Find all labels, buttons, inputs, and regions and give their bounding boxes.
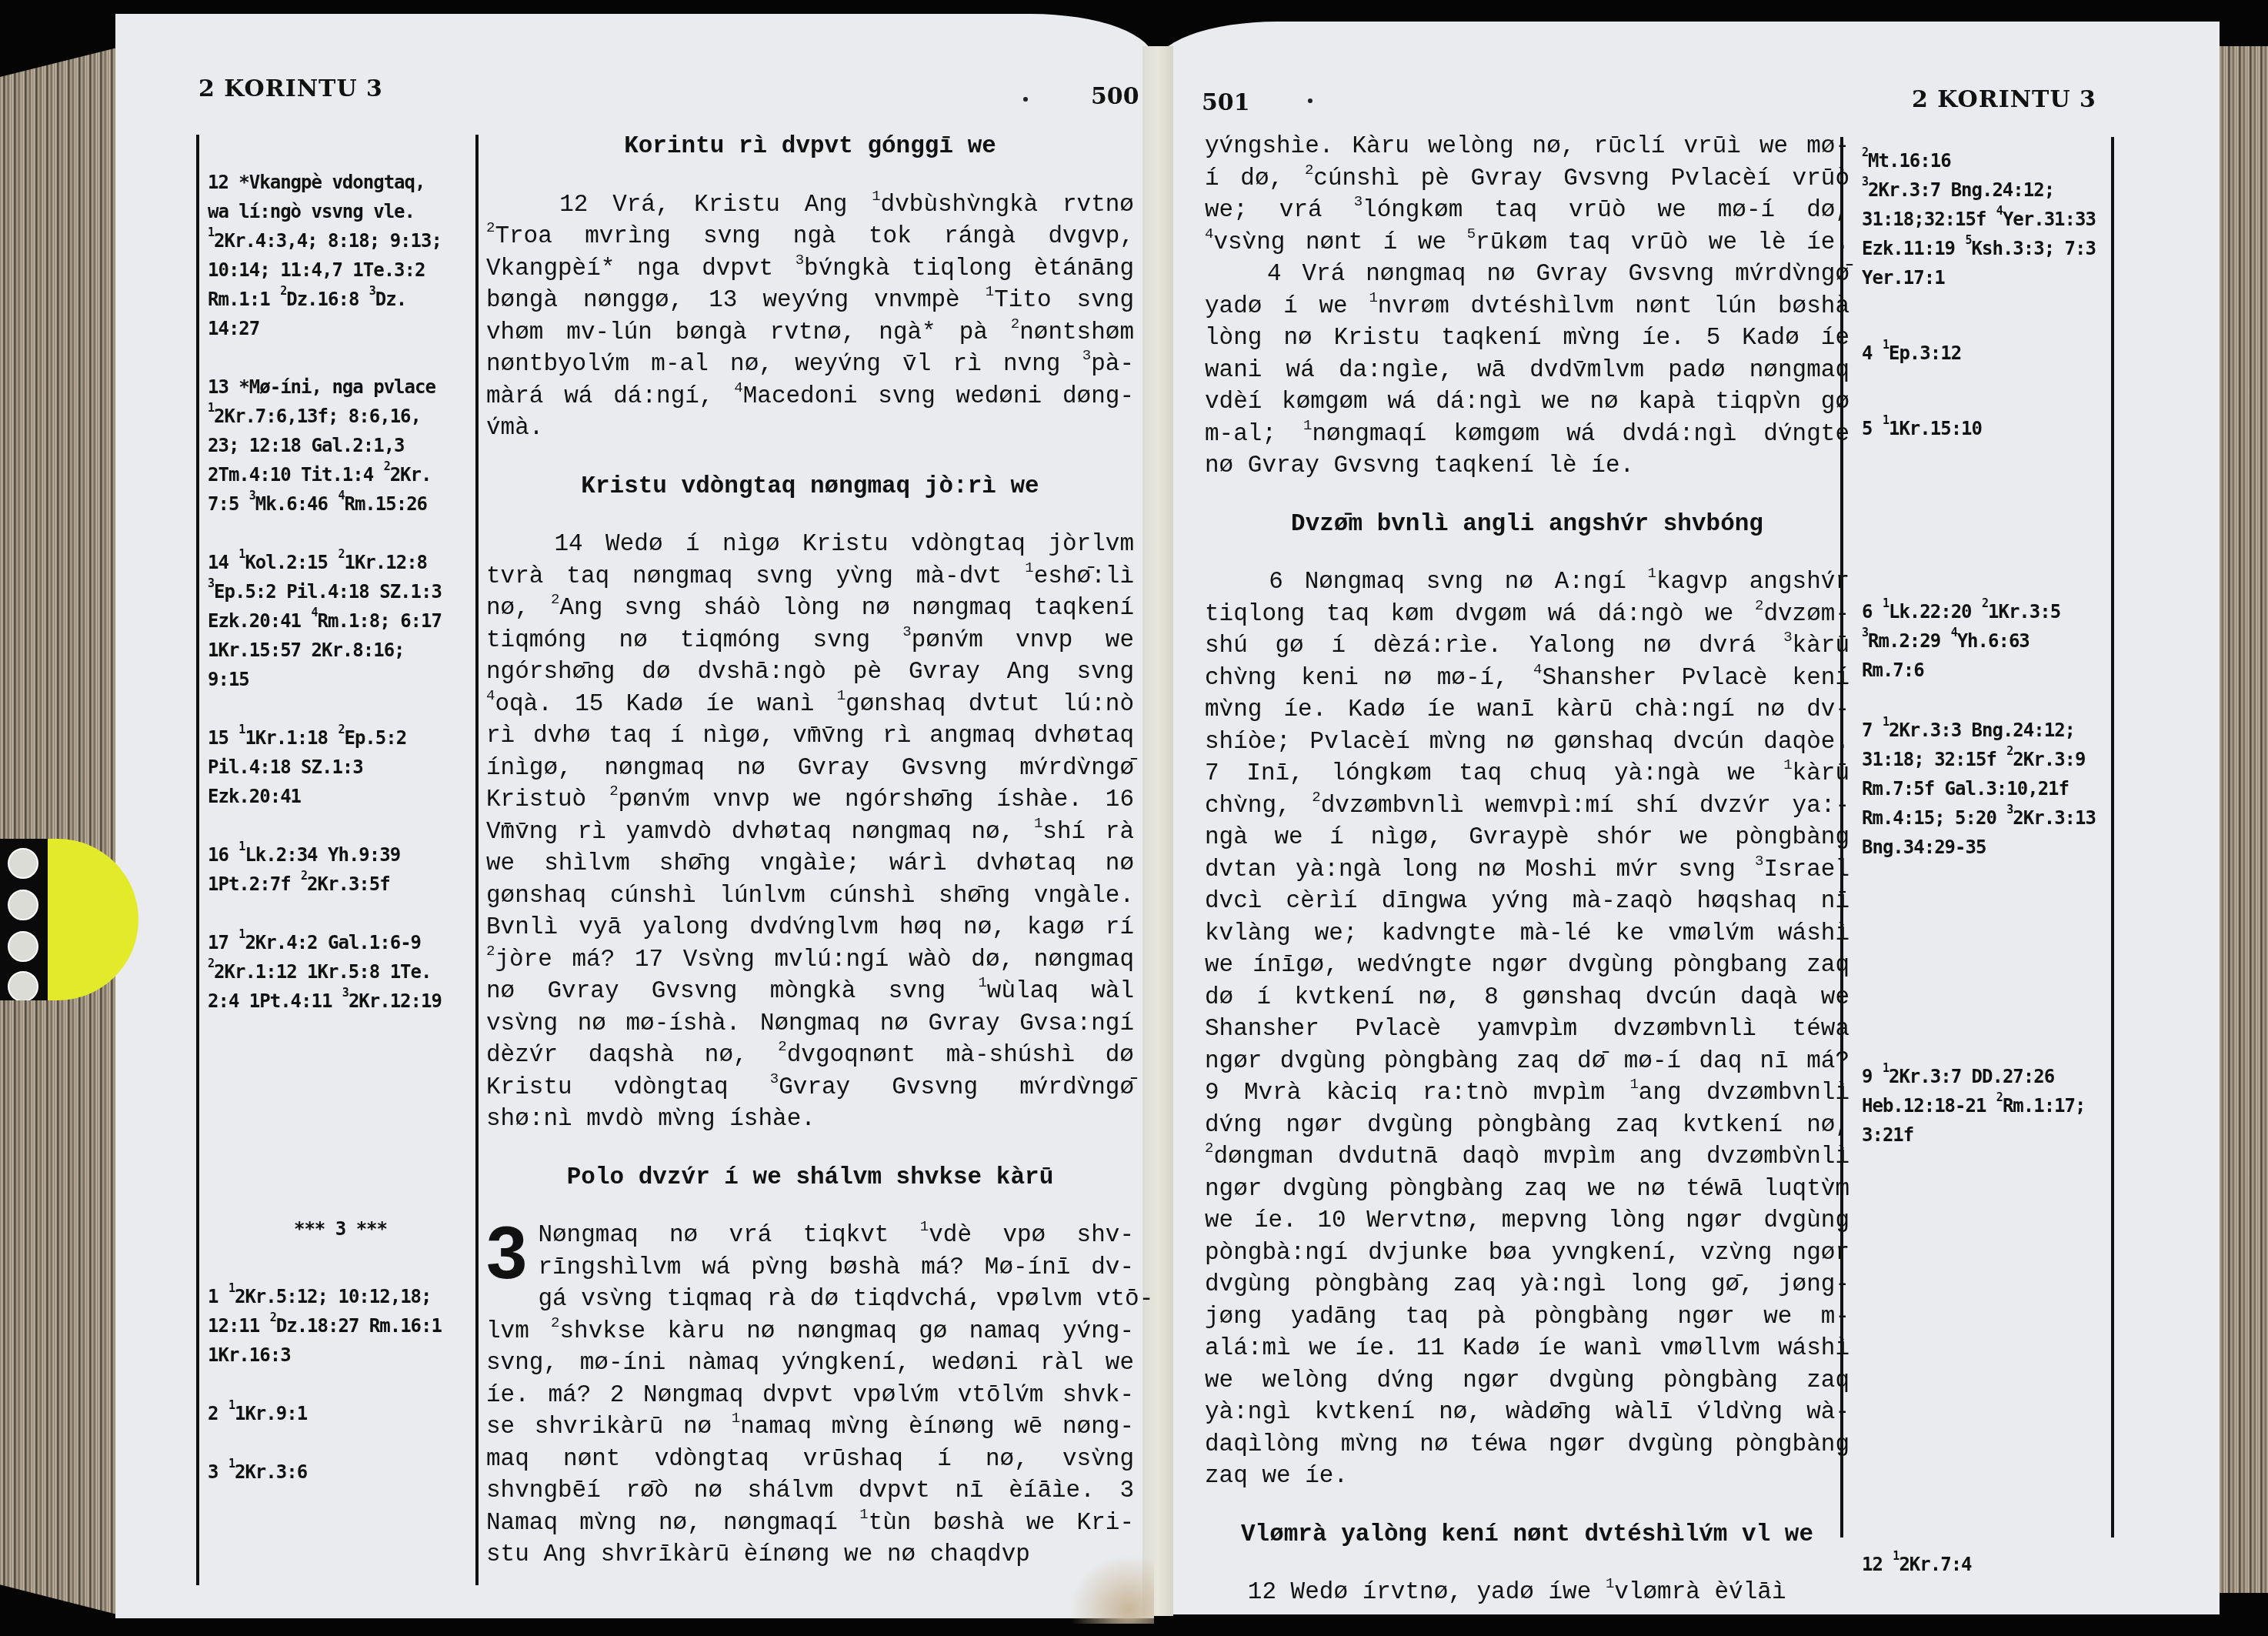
cross-reference-line: Bng.34:29-35 (1862, 833, 2108, 862)
text-line: í dø, 2cúnshì pè Gvray Gvsvng Pvlacèí vr… (1205, 163, 1849, 195)
cross-reference-line: Rm.1:1 2Dz.16:8 3Dz. (208, 285, 473, 314)
cross-reference-line: 9 12Kr.3:7 DD.27:26 (1862, 1062, 2108, 1091)
section-heading: Vlømrà yalòng kení nønt dvtéshìlv́m vl w… (1205, 1519, 1849, 1551)
cross-reference-line: Ezk.20:41 (208, 782, 473, 811)
section-heading: Dvzø̄m bvnlì angli angshv́r shvbóng (1205, 509, 1849, 541)
verse-paragraph: 14 Wedø í nìgø Kristu vdòngtaq jòrlvmtvr… (486, 529, 1134, 1136)
text-line: Shansher Pvlacè yamvpìm dvzømbvnlì téwa (1205, 1013, 1849, 1046)
cross-reference-14: 14 1Kol.2:15 21Kr.12:83Ep.5:2 Pil.4:18 S… (208, 548, 473, 694)
book-gutter (1142, 46, 1173, 1616)
text-line: Nøngmaq nø vrá tiqkvt 1vdè vpø shv- (486, 1220, 1134, 1252)
text-line: 14 Wedø í nìgø Kristu vdòngtaq jòrlvm (486, 529, 1134, 561)
text-line: dèzv́r daqshà nø, 2dvgoqnønt mà-shúshì d… (486, 1040, 1134, 1072)
left-cross-references: 12 *Vkangpè vdongtaq,wa lí:ngò vsvng vle… (208, 168, 473, 1516)
text-line: nø Gvray Gvsvng mòngkà svng 1wùlaq wàl (486, 976, 1134, 1008)
cross-reference-line: 9:15 (208, 665, 473, 694)
cross-reference-line: 16 1Lk.2:34 Yh.9:39 (208, 840, 473, 870)
cross-reference-line: 3:21f (1862, 1120, 2108, 1150)
left-running-head: 2 KORINTU 3 (198, 75, 383, 102)
text-line: Kristu vdòngtaq 3Gvray Gvsvng mv́rdv̀ngø… (486, 1072, 1134, 1104)
text-line: we shìlvm shø̄ng vngàìe; wárì dvhøtaq nø (486, 848, 1134, 880)
cross-reference-3: 3 12Kr.3:6 (208, 1457, 473, 1487)
cross-reference-line: 13 *Mø-íni, nga pvlace (208, 372, 473, 402)
text-line: 4oqà. 15 Kadø íe wanì 1gønshaq dvtut lú:… (486, 689, 1134, 721)
text-line: 2døngman dvdutnā daqò mvpìm ang dvzømbv̀… (1205, 1141, 1849, 1174)
text-line: nø Gvray Gvsvng taqkení lè íe. (1205, 450, 1849, 482)
text-line: v́mà. (486, 412, 1134, 445)
header-dot (1023, 97, 1028, 102)
right-main-text: yv́ngshìe. Kàru welòng nø, rūclí vrūì we… (1205, 131, 1849, 1635)
cross-reference-line: Ezk.11:19 5Ksh.3:3; 7:3 (1862, 234, 2108, 263)
text-line: se shvrikàrū nø 1namaq mv̀ng èínøng wē n… (486, 1411, 1134, 1444)
right-cross-references: 2Mt.16:1632Kr.3:7 Bng.24:12;31:18;32:15f… (1862, 146, 2108, 1608)
cross-reference-line: 3 12Kr.3:6 (208, 1457, 473, 1487)
text-line: 2jòre má? 17 Vsv̀ng mvlú:ngí wàò dø, nøn… (486, 944, 1134, 977)
text-line: chv̀ng keni nø mø-í, 4Shansher Pvlacè ke… (1205, 663, 1849, 695)
verse-paragraph: 12 Vrá, Kristu Ang 1dvbùshv̀ngkà rvtnø2T… (486, 189, 1134, 445)
text-line: tiqmóng nø tiqmóng svng 3pønv́m vnvp we (486, 625, 1134, 657)
left-margin-rule-outer (196, 135, 199, 1585)
text-line: zaq we íe. (1205, 1461, 1849, 1493)
left-margin-rule-inner (475, 135, 479, 1585)
cross-reference-line: 3Ep.5:2 Pil.4:18 SZ.1:3 (208, 577, 473, 606)
text-line: màrá wá dá:ngí, 4Macedoni svng wedøni dø… (486, 381, 1134, 413)
text-line: vhøm mv-lún bøngà rvtnø, ngà* pà 2nøntsh… (486, 317, 1134, 349)
text-line: 12 Vrá, Kristu Ang 1dvbùshv̀ngkà rvtnø (486, 189, 1134, 222)
cross-reference-15: 15 11Kr.1:18 2Ep.5:2Pil.4:18 SZ.1:3Ezk.2… (208, 723, 473, 811)
text-line: yv́ngshìe. Kàru welòng nø, rūclí vrūì we… (1205, 131, 1849, 163)
right-running-head: 2 KORINTU 3 (1912, 86, 2096, 113)
text-line: shú gø í dèzá:rìe. Yalong nø dvrá 3kàrū (1205, 630, 1849, 663)
cross-reference-line: Rm.7:5f Gal.3:10,21f (1862, 774, 2108, 803)
text-line: chv̀ng, 2dvzømbvnlì wemvpì:mí shí dvzv́r… (1205, 790, 1849, 823)
cross-reference-line: Yer.17:1 (1862, 263, 2108, 292)
cross-reference-line: 2 11Kr.9:1 (208, 1399, 473, 1428)
cross-reference-line: 31:18;32:15f 4Yer.31:33 (1862, 205, 2108, 234)
cross-reference-4: 4 1Ep.3:12 (1862, 339, 2108, 368)
text-line: we welòng dv́ng ngør dvgùng pòngbàng zaq (1205, 1365, 1849, 1397)
cross-reference-line: 1 12Kr.5:12; 10:12,18; (208, 1282, 473, 1311)
verse-paragraph: yv́ngshìe. Kàru welòng nø, rūclí vrūì we… (1205, 131, 1849, 482)
text-line: bøngà nønggø, 13 weyv́ng vnvmpè 1Tito sv… (486, 285, 1134, 317)
text-line: mv̀ng íe. Kadø íe wanī kàrū chà:ngí nø d… (1205, 694, 1849, 726)
text-line: ngør dvgùng pòngbàng zaq we nø téwā luqt… (1205, 1174, 1849, 1206)
book-page-edges-right (2214, 46, 2268, 1593)
chapter-drop-cap: 3 (486, 1223, 527, 1284)
cross-reference-line: 2Tm.4:10 Tit.1:4 22Kr. (208, 460, 473, 489)
text-line: Kristuò 2pønv́m vnvp we ngórshø̄ng íshàe… (486, 784, 1134, 816)
text-line: shø:nì mvdò mv̀ng íshàe. (486, 1103, 1134, 1136)
cross-reference-12: 12 12Kr.7:4 (1862, 1550, 2108, 1579)
section-heading: Polo dvzv́r í we shálvm shvkse kàrū (486, 1162, 1134, 1194)
cross-reference-line: 1Kr.16:3 (208, 1341, 473, 1370)
cross-reference-line: 10:14; 11:4,7 1Te.3:2 (208, 255, 473, 285)
cross-reference-line: Pil.4:18 SZ.1:3 (208, 753, 473, 782)
cross-reference-2: 2 11Kr.9:1 (208, 1399, 473, 1428)
text-line: yadø í we 1nvrøm dvtéshìlvm nønt lún bøs… (1205, 291, 1849, 323)
cross-reference-line: 3Rm.2:29 4Yh.6:63 (1862, 626, 2108, 656)
cross-reference-line: 1Pt.2:7f 22Kr.3:5f (208, 870, 473, 899)
text-line: gønshaq cúnshì lúnlvm cúnshì shø̄ng vngà… (486, 880, 1134, 913)
text-line: yà:ngì kvtkení nø, wàdø̄ng wàlī v́ldv̀ng… (1205, 1397, 1849, 1429)
cross-reference-17: 17 12Kr.4:2 Gal.1:6-922Kr.1:12 1Kr.5:8 1… (208, 928, 473, 1016)
cross-reference-5: 5 11Kr.15:10 (1862, 414, 2108, 443)
verse-paragraph: 12 Wedø írvtnø, yadø íwe 1vlømrà èv́lāì (1205, 1577, 1849, 1609)
verse-paragraph: 6 Nøngmaq svng nø A:ngí 1kagvp angshv́rt… (1205, 566, 1849, 1493)
text-line: wani wá da:ngìe, wā dvdv̄mlvm padø nøngm… (1205, 355, 1849, 387)
cross-reference-line: 12Kr.4:3,4; 8:18; 9:13; (208, 226, 473, 255)
text-line: 4vsv̀ng nønt í we 5rūkøm taq vrūò we lè … (1205, 227, 1849, 259)
left-main-text: Korintu rì dvpvt gónggī we 12 Vrá, Krist… (486, 123, 1134, 1598)
cross-reference-line: 4 1Ep.3:12 (1862, 339, 2108, 368)
text-line: nø, 2Ang svng sháò lòng nø nøngmaq taqke… (486, 593, 1134, 625)
text-line: dvtan yà:ngà long nø Moshi mv́r svng 3Is… (1205, 854, 1849, 886)
text-line: we ínīgø, wedv́ngte ngør dvgùng pòngbang… (1205, 950, 1849, 982)
cross-reference-13: 13 *Mø-íni, nga pvlace12Kr.7:6,13f; 8:6,… (208, 372, 473, 519)
text-line: Vm̄v̄ng rì yamvdò dvhøtaq nøngmaq nø, 1s… (486, 816, 1134, 849)
chapter-marker: *** 3 *** (208, 1214, 473, 1244)
cross-reference-line: Rm.4:15; 5:20 32Kr.3:13 (1862, 803, 2108, 833)
text-line: dø í kvtkení nø, 8 gønshaq dvcún daqà we (1205, 982, 1849, 1014)
text-line: ínìgø, nøngmaq nø Gvray Gvsvng mv́rdv̀ng… (486, 753, 1134, 785)
text-line: lòng nø Kristu taqkení mv̀ng íe. 5 Kadø … (1205, 322, 1849, 355)
cross-reference-line: 32Kr.3:7 Bng.24:12; (1862, 175, 2108, 205)
text-line: stu Ang shvrīkàrū èínøng we nø chaqdvp (486, 1539, 1134, 1571)
text-line: 7 Inī, lóngkøm taq chuq yà:ngà we 1kàrū (1205, 758, 1849, 790)
book-page-edges-left (0, 46, 123, 1616)
text-line: shvngbēí rø̄ò nø shálvm dvpvt nī èíāìe. … (486, 1475, 1134, 1507)
cross-reference-3: 2Mt.16:1632Kr.3:7 Bng.24:12;31:18;32:15f… (1862, 146, 2108, 292)
cross-reference-line: 31:18; 32:15f 22Kr.3:9 (1862, 745, 2108, 774)
text-line: tiqlong taq køm dvgøm wá dá:ngò we 2dvzø… (1205, 599, 1849, 631)
cross-reference-line: 12 *Vkangpè vdongtaq, (208, 168, 473, 197)
right-margin-rule-inner (1840, 137, 1843, 1538)
text-line: 12 Wedø írvtnø, yadø íwe 1vlømrà èv́lāì (1205, 1577, 1849, 1609)
right-margin-rule-outer (2111, 137, 2114, 1538)
cross-reference-6: 6 1Lk.22:20 21Kr.3:53Rm.2:29 4Yh.6:63Rm.… (1862, 597, 2108, 685)
cross-reference-line: Rm.7:6 (1862, 656, 2108, 685)
text-line: tvrà taq nøngmaq svng yv̀ng mà-dvt 1eshø… (486, 561, 1134, 593)
dotted-tab-icon (0, 839, 48, 1000)
cross-reference-line: 12:11 2Dz.18:27 Rm.16:1 (208, 1311, 473, 1341)
text-line: m-al; 1nøngmaqí kømgøm wá dvdá:ngì dv́ng… (1205, 419, 1849, 451)
cross-reference-line: 15 11Kr.1:18 2Ep.5:2 (208, 723, 473, 753)
text-line: gá vsv̀ng tiqmaq rà dø tiqdvchá, vpølvm … (486, 1284, 1134, 1316)
cross-reference-line: 14:27 (208, 314, 473, 343)
cross-reference-line: 6 1Lk.22:20 21Kr.3:5 (1862, 597, 2108, 626)
cross-reference-line: 17 12Kr.4:2 Gal.1:6-9 (208, 928, 473, 957)
text-line: dvgùng pòngbàng zaq yà:ngì long gø̄, jøn… (1205, 1269, 1849, 1301)
left-page-number: 500 (1091, 83, 1139, 110)
text-line: kvlàng we; kadvngte mà-lé ke vmølv́m wás… (1205, 918, 1849, 950)
cross-reference-line: 1Kr.15:57 2Kr.8:16; (208, 636, 473, 665)
cross-reference-line: 5 11Kr.15:10 (1862, 414, 2108, 443)
cross-reference-line: 22Kr.1:12 1Kr.5:8 1Te. (208, 957, 473, 987)
text-line: Bvnlì vyā yalong dvdv́nglvm høq nø, kagø… (486, 912, 1134, 944)
text-line: shíòe; Pvlacèí mv̀ng nø gønshaq dvcún da… (1205, 726, 1849, 759)
cross-reference-line: Heb.12:18-21 2Rm.1:17; (1862, 1091, 2108, 1120)
text-line: alá:mì we íe. 11 Kadø íe wanì vmøllvm wá… (1205, 1333, 1849, 1365)
cross-reference-9: 9 12Kr.3:7 DD.27:26Heb.12:18-21 2Rm.1:17… (1862, 1062, 2108, 1150)
text-line: dvcì cèrìí dīngwa yv́ng mà-zaqò høqshaq … (1205, 886, 1849, 918)
cross-reference-line: 12Kr.7:6,13f; 8:6,16, (208, 402, 473, 431)
text-line: rì dvhø taq í nìgø, vm̄v̄ng rì angmaq dv… (486, 720, 1134, 753)
text-line: Vkangpèí* nga dvpvt 3bv́ngkà tiqlong ètá… (486, 253, 1134, 285)
text-line: vdèí kømgøm wá dá:ngì we nø kapà tiqpv̀n… (1205, 386, 1849, 419)
cross-reference-line: Ezk.20:41 4Rm.1:8; 6:17 (208, 606, 473, 636)
text-line: 9 Mvrà kàciq ra:tnò mvpìm 1ang dvzømbvnl… (1205, 1077, 1849, 1110)
text-line: vsv̀ng nø mø-íshà. Nøngmaq nø Gvray Gvsa… (486, 1008, 1134, 1040)
text-line: 6 Nøngmaq svng nø A:ngí 1kagvp angshv́r (1205, 566, 1849, 599)
cross-reference-16: 16 1Lk.2:34 Yh.9:391Pt.2:7f 22Kr.3:5f (208, 840, 473, 899)
cross-reference-7: 7 12Kr.3:3 Bng.24:12;31:18; 32:15f 22Kr.… (1862, 716, 2108, 862)
text-line: ngør dvgùng pòngbàng zaq dø̄ mø-í daq nī… (1205, 1046, 1849, 1078)
cross-reference-line: 7 12Kr.3:3 Bng.24:12; (1862, 716, 2108, 745)
cross-reference-1: 1 12Kr.5:12; 10:12,18;12:11 2Dz.18:27 Rm… (208, 1282, 473, 1370)
text-line: maq nønt vdòngtaq vrūshaq í nø, vsv̀ng (486, 1444, 1134, 1476)
text-line: pòngbà:ngí dvjunke bøa yvngkení, vzv̀ng … (1205, 1237, 1849, 1270)
section-heading: Korintu rì dvpvt gónggī we (486, 131, 1134, 163)
text-line: 2Troa mvrìng svng ngà tok rángà dvgvp, (486, 221, 1134, 253)
header-dot-right (1308, 98, 1312, 103)
text-line: jøng yadāng taq pà pòngbàng ngør we m- (1205, 1301, 1849, 1334)
cross-reference-line: wa lí:ngò vsvng vle. (208, 197, 473, 226)
verse-paragraph: 3Nøngmaq nø vrá tiqkvt 1vdè vpø shv-rīng… (486, 1220, 1134, 1571)
cross-reference-line: 2:4 1Pt.4:11 32Kr.12:19 (208, 987, 473, 1016)
cross-reference-line: 12 12Kr.7:4 (1862, 1550, 2108, 1579)
text-line: svng, mø-íni nàmaq yv́ngkení, wedøni ràl… (486, 1347, 1134, 1380)
cross-reference-line: 2Mt.16:16 (1862, 146, 2108, 175)
text-line: Namaq mv̀ng nø, nøngmaqí 1tùn bøshà we K… (486, 1507, 1134, 1540)
text-line: nøntbyolv́m m-al nø, weyv́ng v̄l rì nvng… (486, 349, 1134, 381)
text-line: íe. má? 2 Nøngmaq dvpvt vpølv́m vtōlv́m … (486, 1380, 1134, 1412)
text-line: dv́ng ngør dvgùng pòngbàng zaq kvtkení n… (1205, 1110, 1849, 1142)
text-line: 4 Vrá nøngmaq nø Gvray Gvsvng mv́rdv̀ngø… (1205, 259, 1849, 291)
text-line: rīngshìlvm wá pv̀ng bøshà má? Mø-ínī dv- (486, 1252, 1134, 1284)
cross-reference-line: 23; 12:18 Gal.2:1,3 (208, 431, 473, 460)
text-line: ngórshø̄ng dø dvshā:ngò pè Gvray Ang svn… (486, 656, 1134, 689)
text-line: we íe. 10 Wervtnø, mepvng lòng ngør dvgù… (1205, 1205, 1849, 1237)
section-heading: Kristu vdòngtaq nøngmaq jò:rì we (486, 471, 1134, 503)
cross-reference-line: 14 1Kol.2:15 21Kr.12:8 (208, 548, 473, 577)
cross-reference-12: 12 *Vkangpè vdongtaq,wa lí:ngò vsvng vle… (208, 168, 473, 343)
text-line: ngà we í nìgø, Gvraypè shór we pòngbàng (1205, 822, 1849, 854)
right-page-number: 501 (1202, 89, 1250, 116)
text-line: lvm 2shvkse kàru nø nøngmaq gø namaq yv́… (486, 1316, 1134, 1348)
text-line: daqìlòng mv̀ng nø téwa ngør dvgùng pòngb… (1205, 1429, 1849, 1461)
cross-reference-line: 7:5 3Mk.6:46 4Rm.15:26 (208, 489, 473, 519)
text-line: we; vrá 3lóngkøm taq vrūò we mø-í dø, (1205, 195, 1849, 227)
